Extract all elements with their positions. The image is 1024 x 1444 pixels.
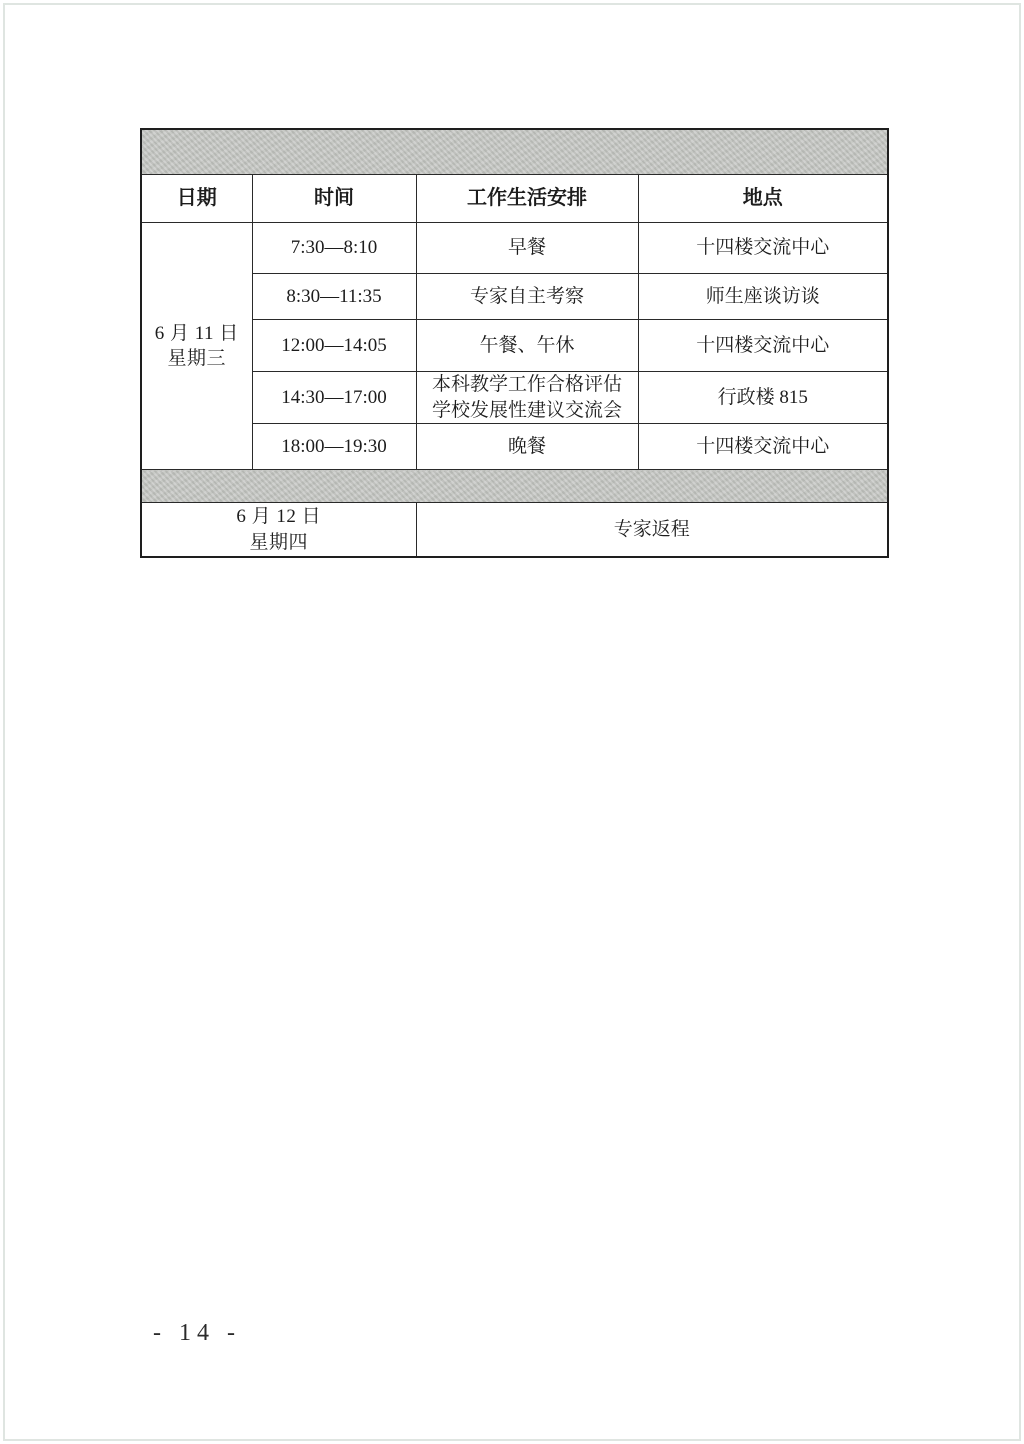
- header-location: 地点: [638, 175, 888, 223]
- top-band-cell: [141, 129, 888, 175]
- activity-cell: 专家自主考察: [416, 274, 638, 320]
- table-row: 6 月 11 日 星期三 7:30—8:10 早餐 十四楼交流中心: [141, 223, 888, 274]
- activity-cell: 晚餐: [416, 424, 638, 470]
- activity-cell-day2: 专家返程: [416, 503, 888, 558]
- table-mid-gray-band: [141, 470, 888, 503]
- location-cell: 十四楼交流中心: [638, 320, 888, 372]
- table-row: 12:00—14:05 午餐、午休 十四楼交流中心: [141, 320, 888, 372]
- time-cell: 12:00—14:05: [252, 320, 416, 372]
- table-row: 8:30—11:35 专家自主考察 师生座谈访谈: [141, 274, 888, 320]
- time-cell: 18:00—19:30: [252, 424, 416, 470]
- location-cell: 十四楼交流中心: [638, 223, 888, 274]
- activity-cell: 午餐、午休: [416, 320, 638, 372]
- header-activity: 工作生活安排: [416, 175, 638, 223]
- location-cell: 行政楼 815: [638, 372, 888, 424]
- header-time: 时间: [252, 175, 416, 223]
- mid-band-cell: [141, 470, 888, 503]
- activity-cell: 早餐: [416, 223, 638, 274]
- schedule-table-container: 日期 时间 工作生活安排 地点 6 月 11 日 星期三 7:30—8:10 早…: [140, 128, 887, 558]
- schedule-table: 日期 时间 工作生活安排 地点 6 月 11 日 星期三 7:30—8:10 早…: [140, 128, 889, 558]
- location-cell: 师生座谈访谈: [638, 274, 888, 320]
- table-row-day2: 6 月 12 日 星期四 专家返程: [141, 503, 888, 558]
- time-cell: 14:30—17:00: [252, 372, 416, 424]
- header-date: 日期: [141, 175, 252, 223]
- location-cell: 十四楼交流中心: [638, 424, 888, 470]
- table-top-gray-band: [141, 129, 888, 175]
- table-row: 18:00—19:30 晚餐 十四楼交流中心: [141, 424, 888, 470]
- table-row: 14:30—17:00 本科教学工作合格评估 学校发展性建议交流会 行政楼 81…: [141, 372, 888, 424]
- page-number: - 14 -: [153, 1320, 241, 1347]
- time-cell: 8:30—11:35: [252, 274, 416, 320]
- table-header-row: 日期 时间 工作生活安排 地点: [141, 175, 888, 223]
- date-cell-day1: 6 月 11 日 星期三: [141, 223, 252, 470]
- date-cell-day2: 6 月 12 日 星期四: [141, 503, 416, 558]
- activity-cell: 本科教学工作合格评估 学校发展性建议交流会: [416, 372, 638, 424]
- scanned-document-page: 日期 时间 工作生活安排 地点 6 月 11 日 星期三 7:30—8:10 早…: [0, 0, 1024, 1444]
- time-cell: 7:30—8:10: [252, 223, 416, 274]
